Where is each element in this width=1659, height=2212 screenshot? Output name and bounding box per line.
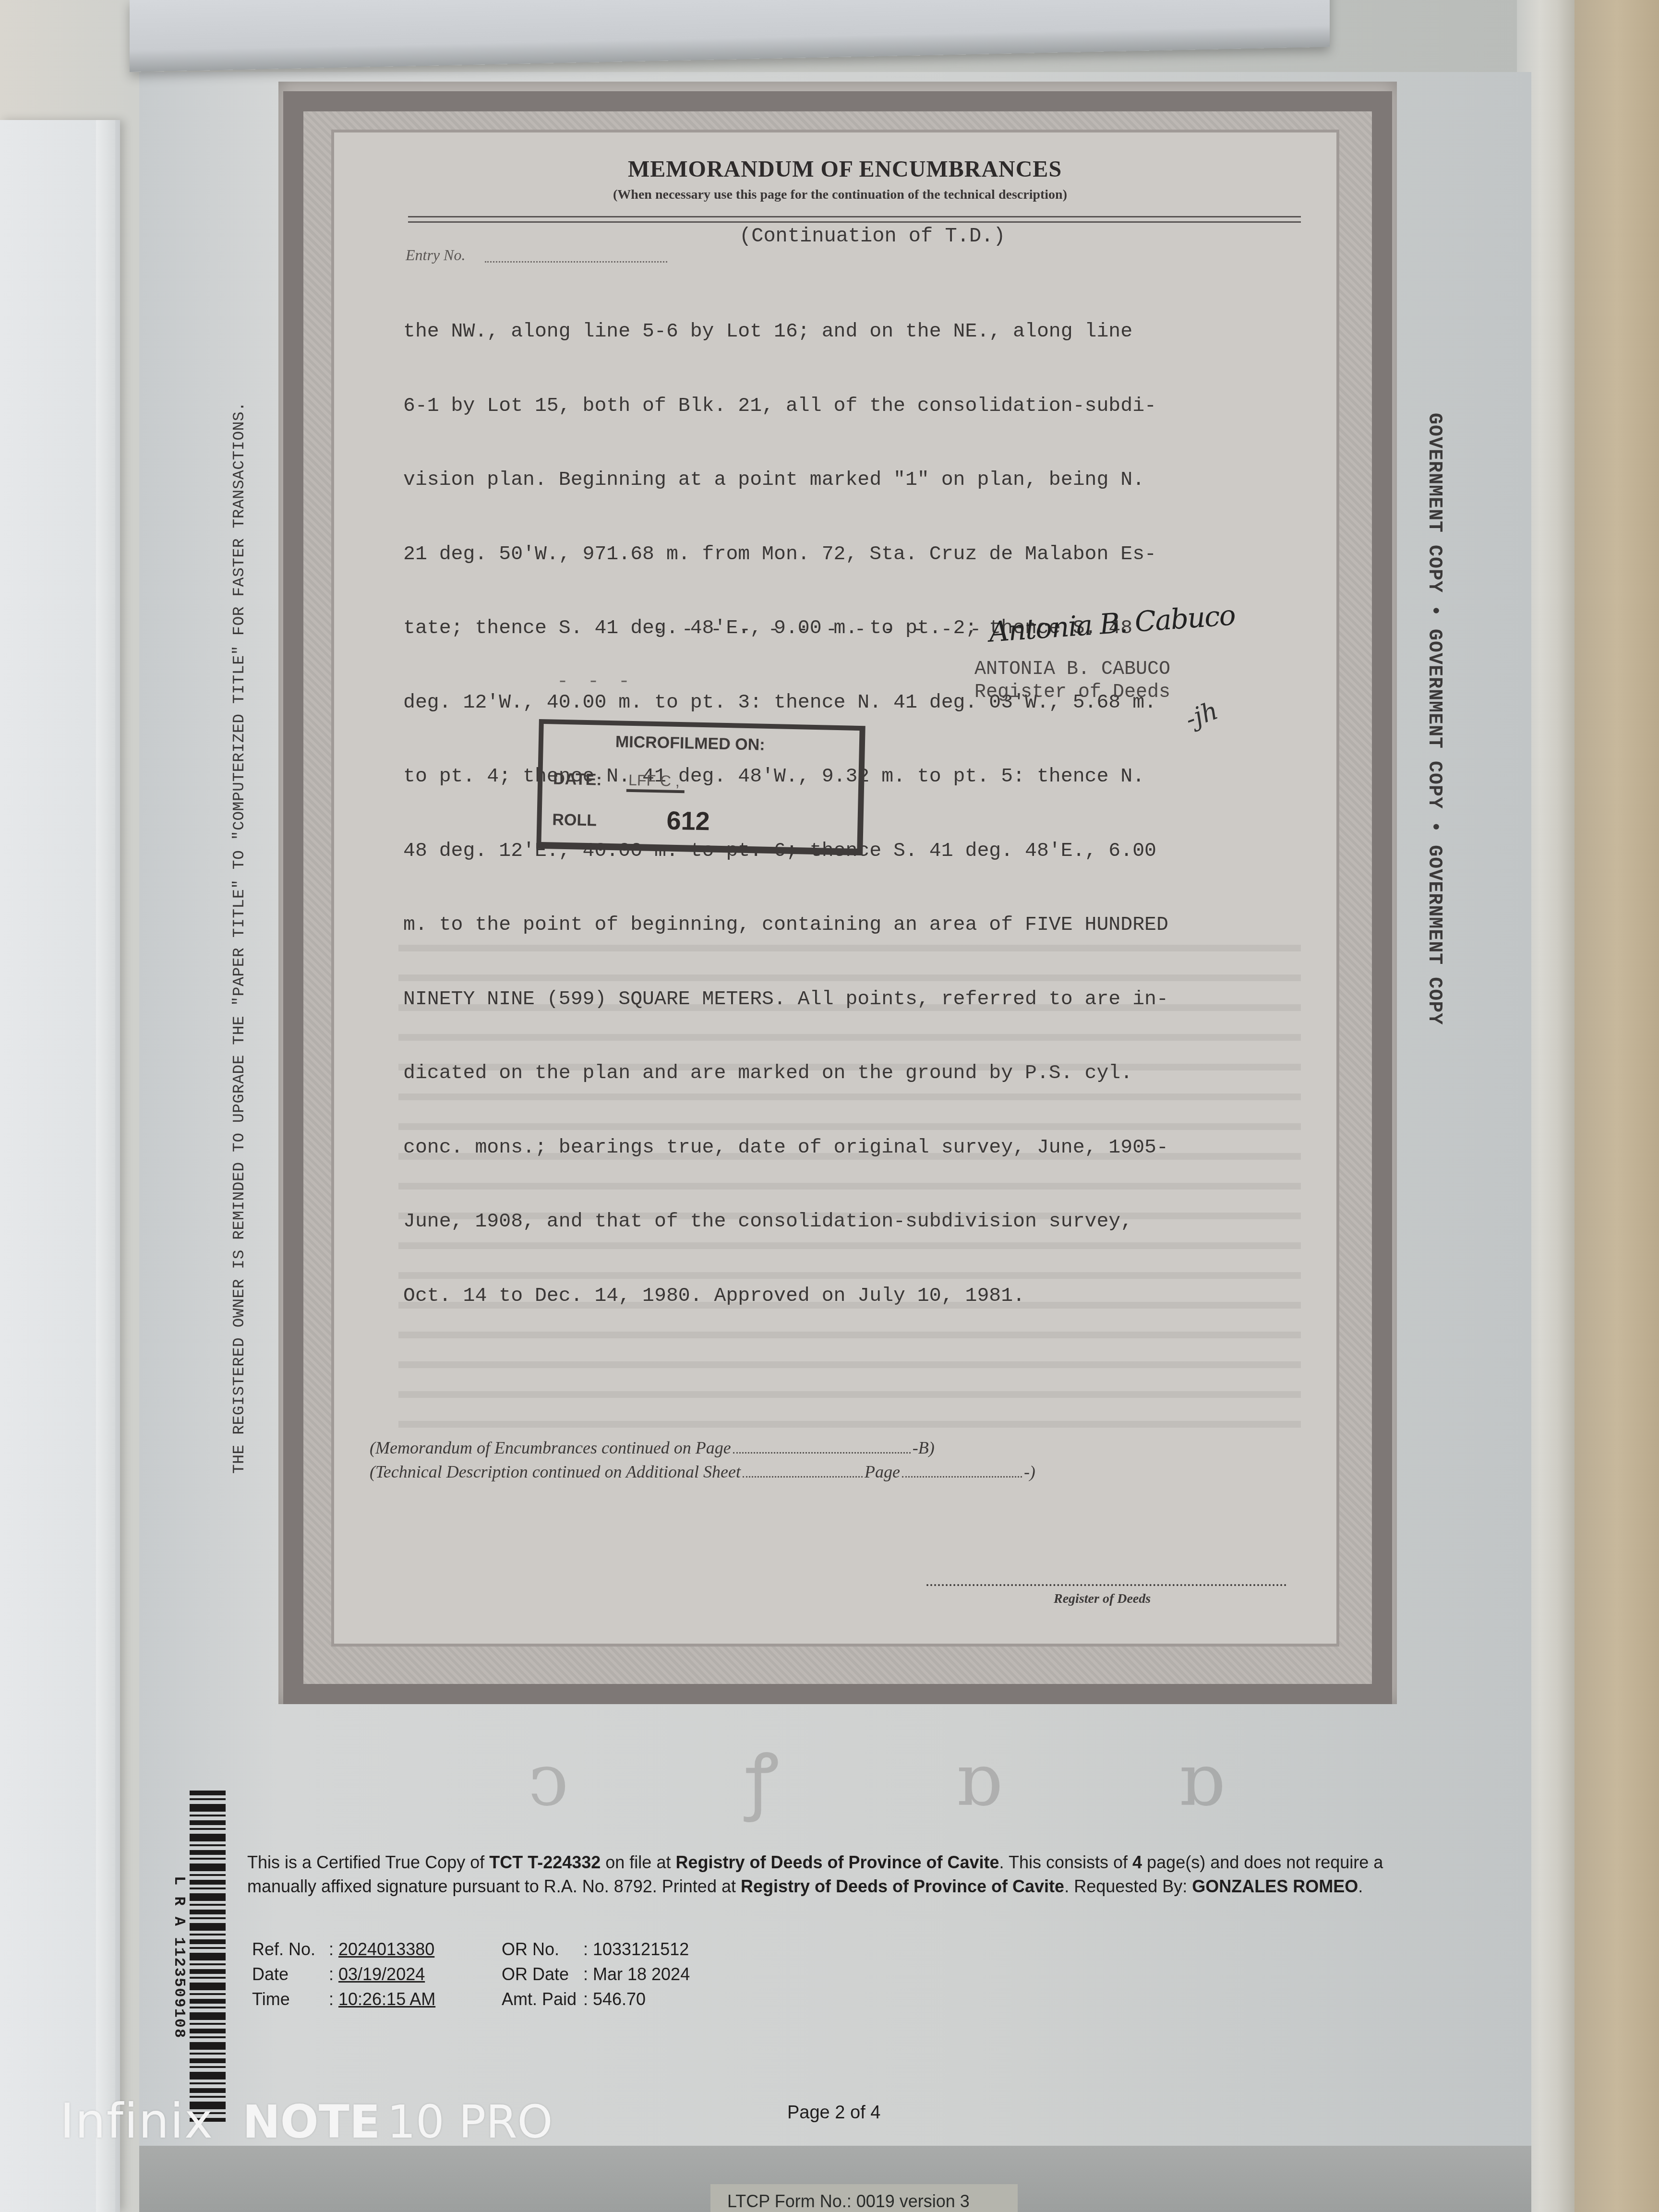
registry-name: Registry of Deeds of Province of Cavite — [741, 1876, 1064, 1896]
requested-by: GONZALES ROMEO — [1192, 1876, 1358, 1896]
faded-stamp-marks: ↄ ꝭ ɒ ɒ — [528, 1728, 1301, 1826]
memorandum-document: MEMORANDUM OF ENCUMBRANCES (When necessa… — [365, 139, 1315, 1618]
ref-no-value: : 2024013380 — [329, 1939, 502, 1960]
time-label: Time — [252, 1989, 329, 2009]
folded-paper-top — [130, 0, 1330, 72]
camera-watermark: InfinixNOTE10 PRO — [60, 2093, 553, 2149]
title-number: TCT T-224332 — [489, 1852, 601, 1872]
td-line: 6-1 by Lot 15, both of Blk. 21, all of t… — [403, 394, 1301, 419]
barcode-number: L R A 1123509108 — [170, 1876, 188, 2039]
cert-text: . — [1358, 1876, 1363, 1896]
stamp-date-value: LFF C , — [626, 771, 685, 793]
or-no-value: : 1033121512 — [583, 1939, 727, 1960]
td-line: vision plan. Beginning at a point marked… — [403, 468, 1301, 493]
or-no-label: OR No. — [502, 1939, 583, 1960]
td-line: 21 deg. 50'W., 971.68 m. from Mon. 72, S… — [403, 542, 1301, 567]
page-title: MEMORANDUM OF ENCUMBRANCES — [605, 156, 1085, 182]
page-blank — [902, 1476, 1022, 1478]
register-of-deeds-label: Register of Deeds — [1054, 1591, 1151, 1607]
registry-name: Registry of Deeds of Province of Cavite — [675, 1852, 999, 1872]
title-divider — [408, 216, 1301, 223]
td-line: the NW., along line 5-6 by Lot 16; and o… — [403, 319, 1301, 344]
technical-continued-page: Page — [865, 1462, 900, 1481]
or-date-value: : Mar 18 2024 — [583, 1964, 727, 1984]
government-copy-note: GOVERNMENT COPY • GOVERNMENT COPY • GOVE… — [1423, 413, 1445, 1025]
background-paper-left-edge — [96, 120, 115, 2212]
faded-bleedthrough-text — [398, 926, 1301, 1435]
watermark-model: NOTE — [242, 2096, 380, 2149]
barcode — [190, 1791, 226, 2122]
continuation-label: (Continuation of T.D.) — [739, 225, 1006, 248]
transaction-details: Ref. No. : 2024013380 OR No. : 103312151… — [252, 1939, 727, 2009]
memorandum-continued-prefix: (Memorandum of Encumbrances continued on… — [370, 1438, 731, 1457]
stamp-date-label: DATE: — [553, 770, 602, 790]
sheet-blank — [743, 1476, 863, 1478]
stamp-roll-label: ROLL — [552, 811, 597, 830]
upgrade-reminder-note: THE REGISTERED OWNER IS REMINDED TO UPGR… — [230, 402, 248, 1474]
page-indicator: Page 2 of 4 — [787, 2103, 880, 2123]
cert-text: . Requested By: — [1064, 1876, 1192, 1896]
signer-name: ANTONIA B. CABUCO — [974, 659, 1170, 680]
or-date-label: OR Date — [502, 1964, 583, 1984]
cert-text: This is a Certified True Copy of — [247, 1852, 489, 1872]
register-signature-line — [926, 1584, 1286, 1586]
memorandum-page-blank — [733, 1452, 911, 1454]
form-number: LTCP Form No.: 0019 version 3 — [727, 2191, 970, 2212]
technical-continued-prefix: (Technical Description continued on Addi… — [370, 1462, 741, 1481]
technical-continued-note: (Technical Description continued on Addi… — [370, 1462, 1035, 1482]
date-label: Date — [252, 1964, 329, 1984]
ref-no-label: Ref. No. — [252, 1939, 329, 1960]
watermark-brand: Infinix — [60, 2093, 214, 2149]
page-subtitle: (When necessary use this page for the co… — [480, 187, 1200, 203]
microfilm-stamp: MICROFILMED ON: DATE: LFF C , ROLL 612 — [536, 719, 866, 855]
memorandum-continued-note: (Memorandum of Encumbrances continued on… — [370, 1438, 935, 1458]
time-value: : 10:26:15 AM — [329, 1989, 502, 2009]
signer-title: Register of Deeds — [974, 682, 1170, 703]
cert-text: . This consists of — [999, 1852, 1132, 1872]
page-count: 4 — [1132, 1852, 1142, 1872]
certification-statement: This is a Certified True Copy of TCT T-2… — [247, 1851, 1443, 1899]
background-surface — [1575, 0, 1659, 2212]
watermark-variant: 10 PRO — [387, 2096, 553, 2149]
dash-separator: - - - - - - - - - - - - — [653, 619, 984, 641]
entry-no-label: Entry No. — [406, 246, 465, 264]
memorandum-continued-suffix: -B) — [913, 1438, 935, 1457]
amt-paid-value: : 546.70 — [583, 1989, 727, 2009]
cert-text: on file at — [601, 1852, 675, 1872]
amt-paid-label: Amt. Paid — [502, 1989, 583, 2009]
entry-no-blank — [485, 261, 667, 263]
short-dash-separator: - - - — [557, 671, 634, 693]
stamp-roll-value: 612 — [666, 806, 710, 837]
stamp-title: MICROFILMED ON: — [615, 733, 765, 755]
technical-continued-suffix: -) — [1024, 1462, 1035, 1481]
date-value: : 03/19/2024 — [329, 1964, 502, 1984]
